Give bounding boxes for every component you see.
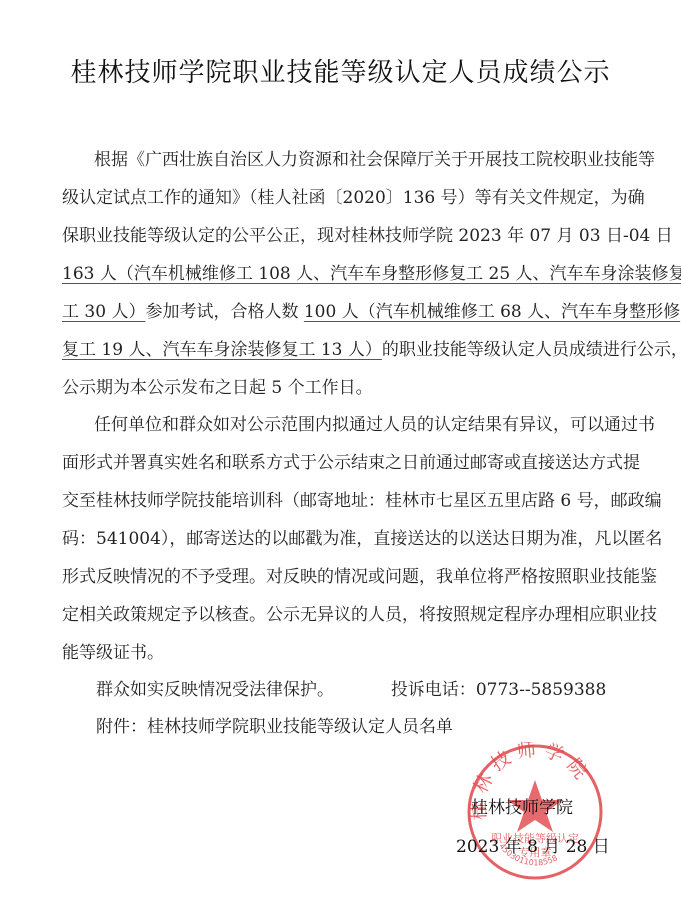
text-segment: 的职业技能等级认定人员成绩进行公示， bbox=[382, 340, 681, 360]
attachment-label: 附件： bbox=[96, 717, 147, 737]
underlined-pass-count: 复工 19 人、汽车车身涂装修复工 13 人） bbox=[62, 340, 382, 360]
text-segment: 参加考试，合格人数 bbox=[145, 302, 303, 322]
complaint-phone: 0773--5859388 bbox=[476, 680, 606, 700]
text-line: 交至桂林技师学院技能培训科（邮寄地址：桂林市七星区五里店路 6 号，邮政编 bbox=[62, 491, 662, 511]
text-line: 根据《广西壮族自治区人力资源和社会保障厅关于开展技工院校职业技能等 bbox=[94, 150, 655, 170]
text-line: 工 30 人）参加考试，合格人数 100 人（汽车机械维修工 68 人、汽车车身… bbox=[62, 302, 680, 322]
text-line: 复工 19 人、汽车车身涂装修复工 13 人）的职业技能等级认定人员成绩进行公示… bbox=[62, 340, 681, 360]
signature-date: 2023 年 8 月 28 日 bbox=[456, 832, 610, 857]
text-line: 面形式并署真实姓名和联系方式于公示结束之日前通过邮寄或直接送达方式提 bbox=[62, 453, 640, 473]
page-title: 桂林技师学院职业技能等级认定人员成绩公示 bbox=[0, 52, 681, 89]
complaint-phone-label: 投诉电话： bbox=[391, 680, 476, 700]
text-line: 定相关政策规定予以核查。公示无异议的人员，将按照规定程序办理相应职业技 bbox=[62, 605, 657, 625]
underlined-count: 工 30 人） bbox=[62, 302, 145, 322]
text-line: 码：541004），邮寄送达的以邮戳为准，直接送达的以送达日期为准，凡以匿名 bbox=[62, 529, 662, 549]
text-line: 公示期为本公示发布之日起 5 个工作日。 bbox=[62, 378, 373, 398]
protection-note: 群众如实反映情况受法律保护。 投诉电话：0773--5859388 bbox=[96, 680, 606, 700]
attachment: 附件：桂林技师学院职业技能等级认定人员名单 bbox=[96, 717, 453, 737]
text-line: 级认定试点工作的通知》（桂人社函〔2020〕136 号）等有关文件规定，为确 bbox=[62, 188, 645, 208]
underlined-pass-count: 100 人（汽车机械维修工 68 人、汽车车身整形修 bbox=[304, 302, 680, 322]
protection-text: 群众如实反映情况受法律保护。 bbox=[96, 680, 334, 700]
text-line: 形式反映情况的不予受理。对反映的情况或问题，我单位将严格按照职业技能鉴 bbox=[62, 567, 657, 587]
text-line: 任何单位和群众如对公示范围内拟通过人员的认定结果有异议，可以通过书 bbox=[94, 415, 655, 435]
text-line-underlined: 163 人（汽车机械维修工 108 人、汽车车身整形修复工 25 人、汽车车身涂… bbox=[62, 264, 681, 284]
attachment-link[interactable]: 桂林技师学院职业技能等级认定人员名单 bbox=[147, 717, 453, 737]
text-line: 能等级证书。 bbox=[62, 643, 164, 663]
text-line: 保职业技能等级认定的公平公正，现对桂林技师学院 2023 年 07 月 03 日… bbox=[62, 226, 673, 246]
signature-org: 桂林技师学院 bbox=[471, 793, 573, 818]
